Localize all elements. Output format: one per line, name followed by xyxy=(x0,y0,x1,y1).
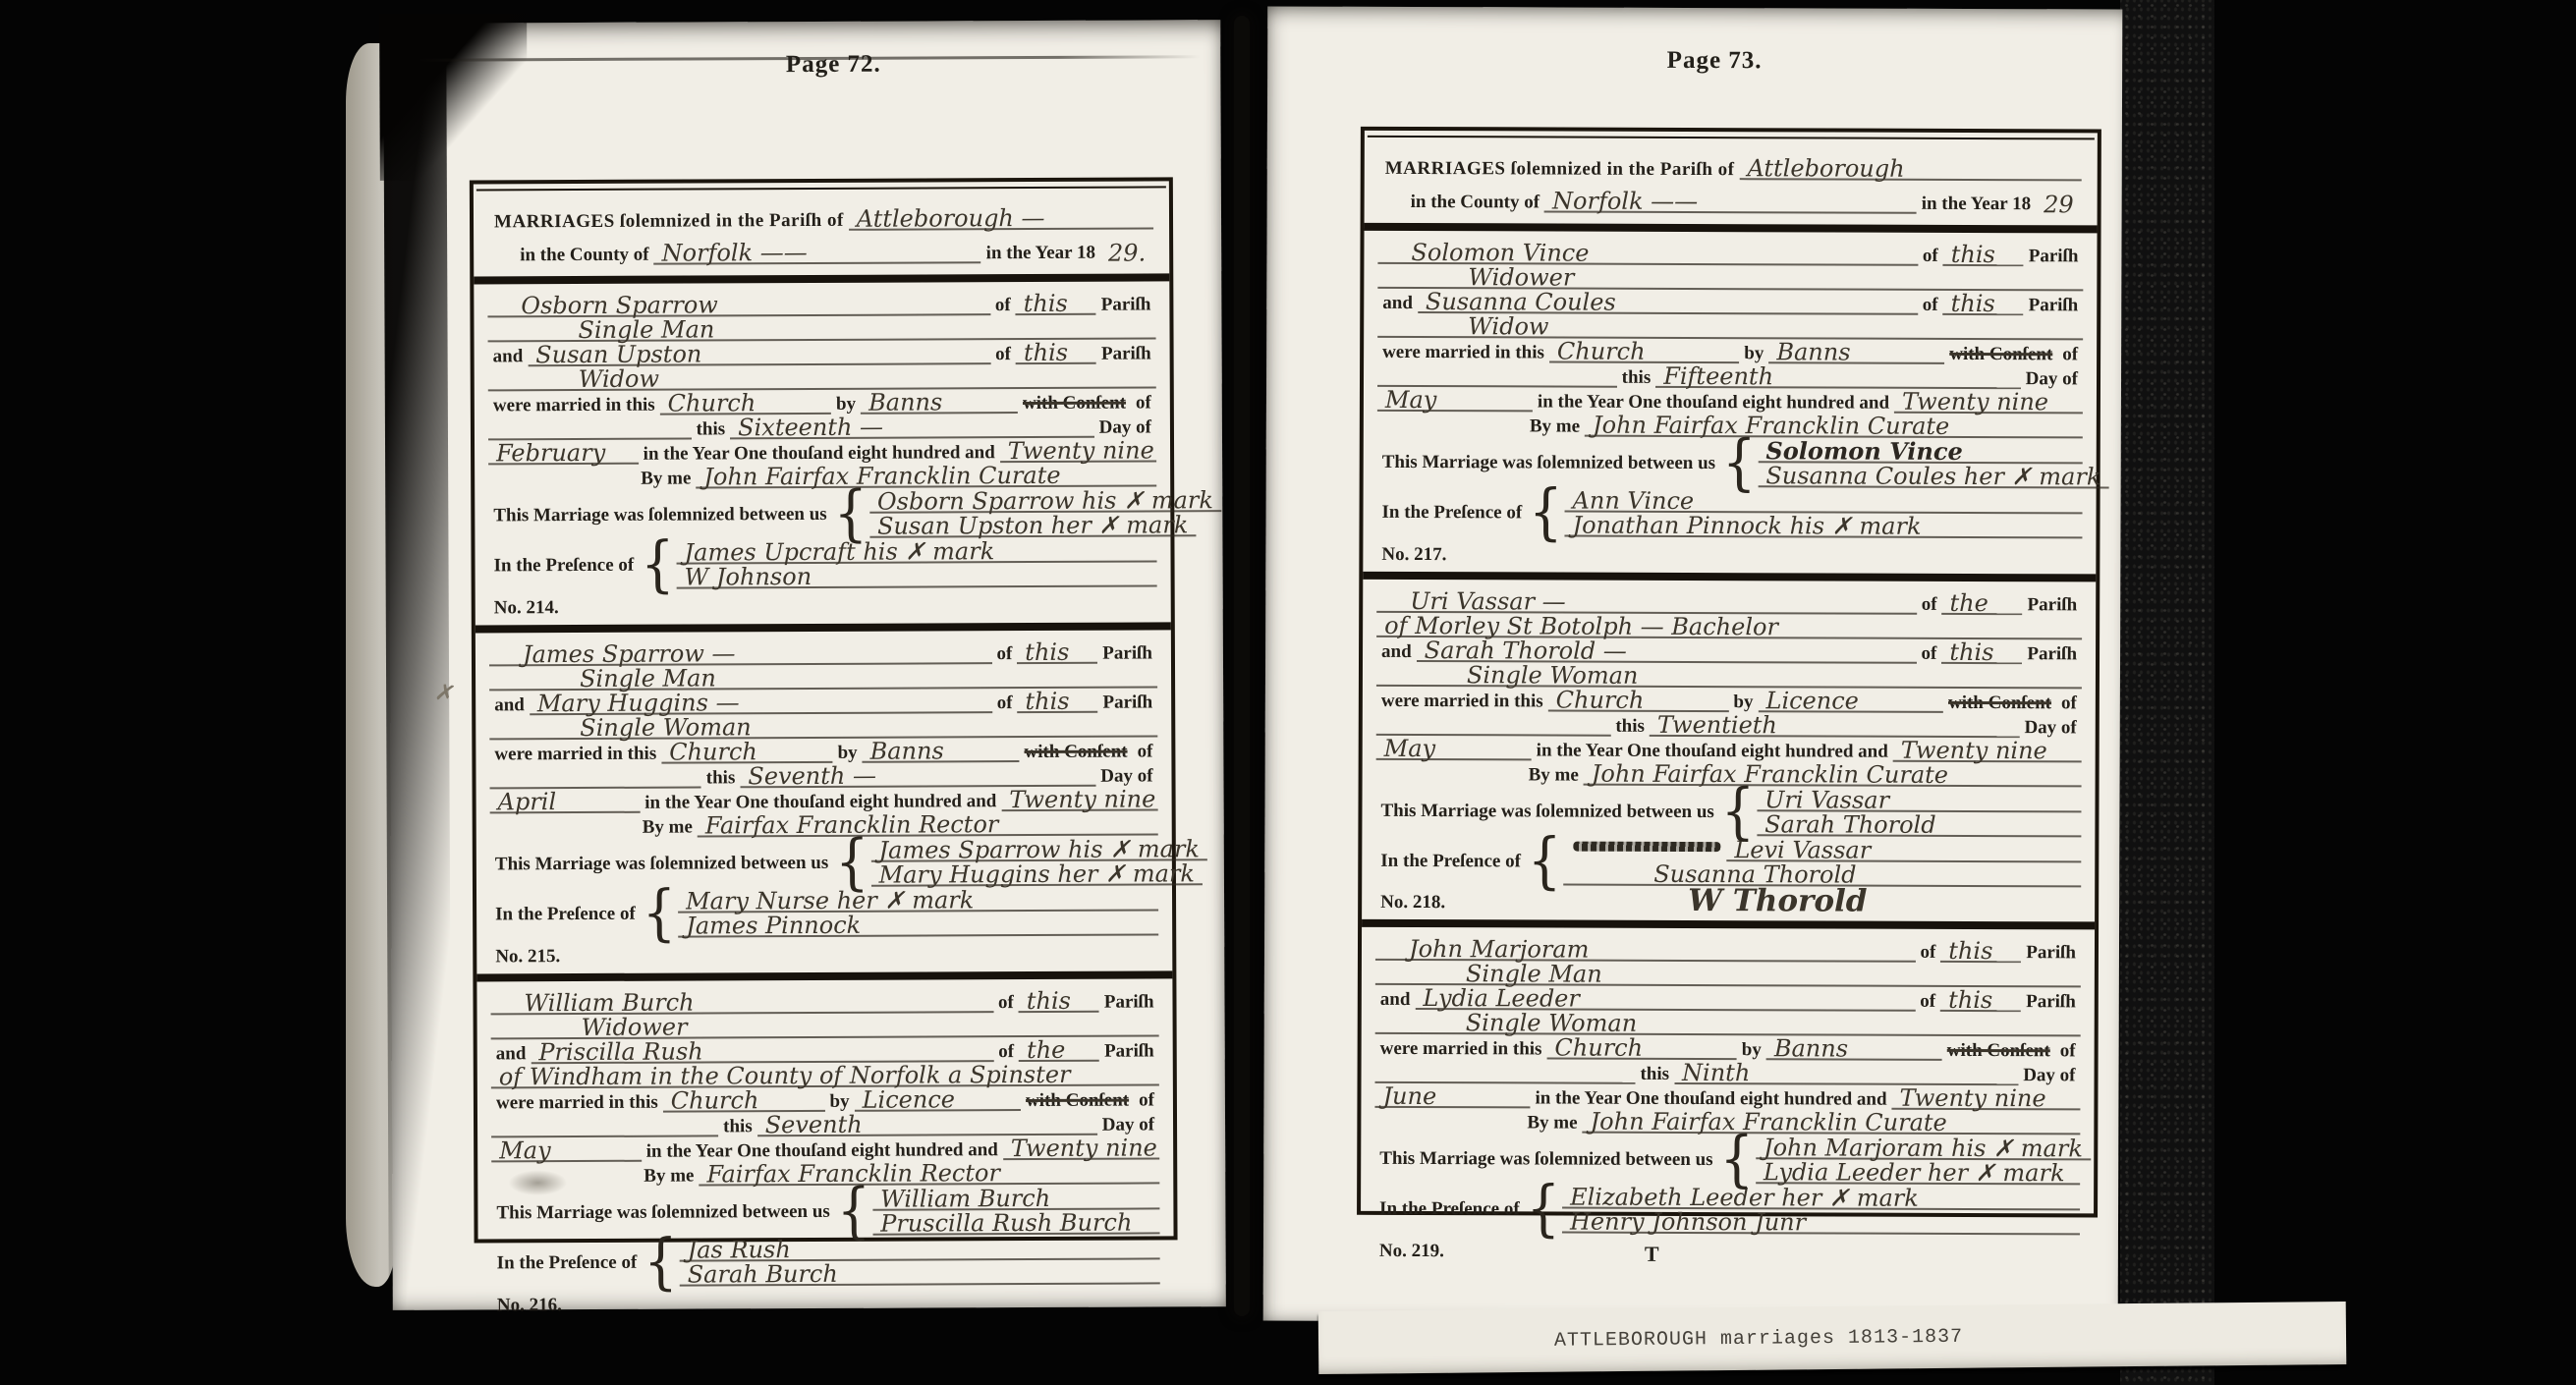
printed-and: and xyxy=(1377,293,1418,313)
bride-parish-of: this xyxy=(1940,990,2021,1012)
officiant-signature: John Fairfax Francklin Curate xyxy=(1584,764,2082,788)
printed-and: and xyxy=(1375,989,1416,1010)
printed-year-words: in the Year One thouſand eight hundred a… xyxy=(642,1139,1003,1162)
printed-presence: In the Preſence of xyxy=(492,1251,643,1273)
county-value: Norfolk —— xyxy=(654,242,981,264)
groom-name: Solomon Vince xyxy=(1377,243,1918,266)
groom-name: John Marjoram xyxy=(1375,939,1916,963)
bride-condition: Single Woman xyxy=(489,715,1157,740)
witness-1: Elizabeth Leeder her ✗ mark xyxy=(1562,1188,2080,1211)
parish-value: Attleborough — xyxy=(849,207,1153,230)
rule xyxy=(1362,919,2095,930)
witness-3: W Thorold xyxy=(1680,891,1875,912)
bride-signature: Mary Huggins her ✗ mark xyxy=(871,863,1203,886)
printed-consent-struck: with Conſent xyxy=(1943,692,2056,713)
printed-of: of xyxy=(1915,942,1940,963)
witness-signatures: Elizabeth Leeder her ✗ markHenry Johnson… xyxy=(1562,1185,2080,1236)
printed-this: this xyxy=(692,418,731,439)
married-month: May xyxy=(491,1140,642,1163)
printed-of: of xyxy=(1915,991,1940,1012)
bride-condition: Widow xyxy=(488,366,1156,391)
bride-parish-of: this xyxy=(1017,692,1097,713)
bride-condition: Widow xyxy=(1377,316,2083,341)
brace-glyph: { xyxy=(641,888,679,938)
married-place: Church xyxy=(660,393,831,415)
married-day: Seventh — xyxy=(740,765,1095,789)
printed-of: of xyxy=(1917,594,1942,615)
witness-2: Sarah Burch xyxy=(680,1262,1160,1286)
bride-name: Mary Huggins — xyxy=(530,692,992,715)
printed-presence: In the Preſence of xyxy=(490,903,641,924)
brace-glyph: { xyxy=(833,837,871,887)
printed-parish: Pariſh xyxy=(2024,295,2084,315)
groom-name: James Sparrow — xyxy=(489,642,992,666)
groom-signature: Uri Vassar xyxy=(1757,790,2081,812)
printed-solemnized: This Marriage was ſolemnized between us xyxy=(1374,1147,1717,1169)
marriage-entry-218: Uri Vassar —ofthePariſh of Morley St Bot… xyxy=(1362,582,2096,919)
married-day: Sixteenth — xyxy=(730,416,1094,440)
printed-solemnized: This Marriage was ſolemnized between us xyxy=(491,1200,834,1223)
printed-this: this xyxy=(1635,1064,1674,1084)
married-month: May xyxy=(1376,739,1532,761)
printed-married: were married in this xyxy=(489,744,661,765)
married-year-words: Twenty nine xyxy=(1893,741,2082,763)
witness-2: Jonathan Pinnock his ✗ mark xyxy=(1564,516,2082,539)
printed-day-of: Day of xyxy=(1097,1114,1159,1135)
married-place: Church xyxy=(663,1090,825,1113)
printed-by: by xyxy=(1737,1039,1766,1060)
printed-solemnized: This Marriage was ſolemnized between us xyxy=(1377,451,1720,472)
married-year-words: Twenty nine xyxy=(1000,440,1156,463)
printed-parish: Pariſh xyxy=(2023,594,2083,615)
printed-by-me: By me xyxy=(1522,1112,1582,1133)
printed-of: of xyxy=(1918,295,1943,315)
married-method: Banns xyxy=(863,741,1020,763)
book-fore-edge xyxy=(2120,0,2214,1385)
printed-year-label: in the Year 18 xyxy=(981,243,1100,264)
printed-marriages-label: MARRIAGES ſolemnized in the Pariſh of xyxy=(489,210,849,233)
witness-signatures: Mary Nurse her ✗ markJames Pinnock xyxy=(678,886,1158,937)
printed-parish: Pariſh xyxy=(2024,246,2084,266)
printed-year-words: in the Year One thouſand eight hundred a… xyxy=(639,442,1000,465)
married-method: Banns xyxy=(1766,1038,1942,1061)
rule xyxy=(1363,572,2096,582)
printed-and: and xyxy=(488,346,529,366)
printed-parish: Pariſh xyxy=(1097,692,1157,712)
couple-signatures: Uri VassarSarah Thorold xyxy=(1757,787,2081,837)
married-day: Ninth xyxy=(1674,1063,2018,1085)
brace-glyph: { xyxy=(832,488,870,538)
brace-glyph: { xyxy=(639,539,677,589)
married-year-words: Twenty nine xyxy=(1894,392,2083,415)
printed-year-words: in the Year One thouſand eight hundred a… xyxy=(640,791,1001,813)
printed-solemnized: This Marriage was ſolemnized between us xyxy=(488,503,831,526)
printed-by: by xyxy=(833,743,863,763)
married-place: Church xyxy=(661,742,832,764)
witness-signatures: Jas RushSarah Burch xyxy=(680,1235,1160,1286)
married-method: Banns xyxy=(1768,342,1944,364)
married-year-words: Twenty nine xyxy=(1001,789,1157,811)
marriage-entry-219: John MarjoramofthisPariſh Single Man and… xyxy=(1361,930,2095,1268)
printed-solemnized: This Marriage was ſolemnized between us xyxy=(1375,800,1718,821)
printed-married: were married in this xyxy=(1377,342,1549,363)
brace-glyph: { xyxy=(1720,438,1759,488)
printed-year-label: in the Year 18 xyxy=(1917,194,2036,214)
printed-day-of: Day of xyxy=(2018,1065,2080,1085)
bride-name: Lydia Leeder xyxy=(1415,988,1915,1012)
entry-number: No. 219. xyxy=(1374,1241,1449,1261)
printed-of: of xyxy=(1917,643,1942,664)
printed-of: of xyxy=(1133,741,1158,761)
printed-year-words: in the Year One thouſand eight hundred a… xyxy=(1530,1087,1891,1109)
printed-of: of xyxy=(2057,344,2083,364)
printed-year-words: in the Year One thouſand eight hundred a… xyxy=(1533,391,1894,413)
register-page-73: Page 73. T MARRIAGES ſolemnized in the P… xyxy=(1263,6,2123,1323)
groom-signature: Osborn Sparrow his ✗ mark xyxy=(869,490,1221,514)
rule xyxy=(1365,223,2098,234)
year-value: 29. xyxy=(1100,243,1153,262)
marriage-entry-214: Osborn SparrowofthisPariſh Single Man an… xyxy=(474,284,1170,622)
printed-county-label: in the County of xyxy=(515,245,654,266)
brace-glyph: { xyxy=(642,1237,680,1287)
brace-glyph: { xyxy=(1719,787,1758,837)
printed-consent-struck: with Conſent xyxy=(1021,1090,1134,1112)
printed-parish: Pariſh xyxy=(2022,643,2082,664)
officiant-signature: John Fairfax Francklin Curate xyxy=(1585,415,2083,439)
printed-this: this xyxy=(1610,716,1650,737)
groom-signature: John Marjoram his ✗ mark xyxy=(1756,1137,2091,1160)
married-place: Church xyxy=(1549,341,1739,363)
married-method: Licence xyxy=(855,1089,1022,1112)
officiant-signature: John Fairfax Francklin Curate xyxy=(1583,1112,2081,1136)
printed-consent-struck: with Conſent xyxy=(1944,344,2057,364)
entry-number: No. 218. xyxy=(1375,892,1450,913)
printed-of: of xyxy=(1134,1089,1159,1110)
married-month: February xyxy=(488,443,639,466)
printed-register-form: MARRIAGES ſolemnized in the Pariſh of At… xyxy=(470,177,1178,1243)
officiant-signature: John Fairfax Francklin Curate xyxy=(696,465,1156,488)
witness-1: James Upcraft his ✗ mark xyxy=(676,540,1156,564)
bride-name: Sarah Thorold — xyxy=(1417,640,1917,664)
printed-parish: Pariſh xyxy=(1096,343,1156,363)
archive-label-strip: ATTLEBOROUGH marriages 1813-1837 xyxy=(1318,1302,2347,1374)
printed-by-me: By me xyxy=(638,816,698,837)
printed-presence: In the Preſence of xyxy=(1375,850,1526,871)
printed-of: of xyxy=(2055,1040,2081,1061)
printed-and: and xyxy=(489,694,530,715)
groom-parish-of: the xyxy=(1942,593,2023,615)
printed-year-words: in the Year One thouſand eight hundred a… xyxy=(1532,740,1893,761)
witness-1: Levi Vassar xyxy=(1726,840,2081,862)
bride-signature: Susan Upston her ✗ mark xyxy=(869,515,1196,537)
couple-signatures: Osborn Sparrow his ✗ markSusan Upston he… xyxy=(869,487,1157,537)
county-value: Norfolk —— xyxy=(1544,191,1917,213)
bride-name: Susanna Coules xyxy=(1418,292,1918,315)
bride-signature: Lydia Leeder her ✗ mark xyxy=(1756,1162,2080,1185)
marriage-entry-215: James Sparrow —ofthisPariſh Single Man a… xyxy=(476,633,1172,970)
groom-signature: William Burch xyxy=(872,1188,1159,1210)
bride-signature: Susanna Coules her ✗ mark xyxy=(1758,466,2108,488)
bride-parish-of: this xyxy=(1943,294,2024,315)
printed-married: were married in this xyxy=(488,395,660,416)
margin-pencil-mark: ✗ xyxy=(432,678,458,710)
printed-day-of: Day of xyxy=(1094,416,1156,437)
officiant-signature: Fairfax Francklin Rector xyxy=(699,1162,1159,1186)
married-year-words: Twenty nine xyxy=(1003,1137,1159,1160)
printed-presence: In the Preſence of xyxy=(489,554,640,576)
torn-corner xyxy=(379,13,528,181)
bride-parish-of: this xyxy=(1941,642,2022,664)
groom-parish-of: this xyxy=(1016,294,1096,315)
printed-by-me: By me xyxy=(1524,764,1584,785)
entry-number: No. 216. xyxy=(492,1295,567,1315)
printed-married: were married in this xyxy=(1376,691,1548,712)
bride-signature: Sarah Thorold xyxy=(1757,814,2081,837)
brace-glyph: { xyxy=(835,1186,873,1236)
year-value: 29 xyxy=(2036,194,2082,214)
married-month: June xyxy=(1374,1086,1530,1109)
married-month: April xyxy=(490,792,641,814)
brace-glyph: { xyxy=(1717,1135,1756,1185)
printed-marriages-label: MARRIAGES ſolemnized in the Pariſh of xyxy=(1380,158,1740,180)
register-page-72: Page 72. ✗ MARRIAGES ſolemnized in the P… xyxy=(387,20,1226,1310)
married-day: Twentieth xyxy=(1650,715,2020,738)
printed-parish: Pariſh xyxy=(1096,294,1156,314)
witness-2: James Pinnock xyxy=(678,914,1158,937)
groom-signature: Solomon Vince xyxy=(1758,441,2082,464)
witness-1: Ann Vince xyxy=(1565,491,2083,515)
printed-consent-struck: with Conſent xyxy=(1018,393,1131,415)
officiant-signature: Fairfax Francklin Rector xyxy=(698,813,1158,837)
married-method: Licence xyxy=(1758,691,1943,713)
printed-by-me: By me xyxy=(639,1165,699,1186)
witness-signatures: James Upcraft his ✗ markW Johnson xyxy=(676,537,1156,588)
printed-by: by xyxy=(1739,343,1768,363)
printed-presence: In the Preſence of xyxy=(1377,501,1528,523)
printed-this: this xyxy=(718,1116,757,1136)
printed-consent-struck: with Conſent xyxy=(1942,1040,2055,1061)
printed-by-me: By me xyxy=(1525,415,1585,436)
page-number-label: Page 73. xyxy=(1267,45,2122,76)
bride-parish-of: the xyxy=(1019,1040,1099,1062)
groom-parish-of: this xyxy=(1943,245,2024,266)
scribbled-out-name xyxy=(1573,841,1720,852)
bride-signature: Pruscilla Rush Burch xyxy=(872,1212,1159,1235)
printed-day-of: Day of xyxy=(2019,717,2081,738)
printed-married: were married in this xyxy=(1375,1038,1547,1060)
married-day: Seventh xyxy=(757,1114,1097,1137)
couple-signatures: William BurchPruscilla Rush Burch xyxy=(872,1185,1160,1235)
married-day: Fifteenth xyxy=(1655,366,2021,389)
groom-signature: James Sparrow his ✗ mark xyxy=(870,839,1207,861)
entry-number: No. 214. xyxy=(489,597,564,618)
printed-parish: Pariſh xyxy=(1099,1040,1159,1061)
bride-parish-of: this xyxy=(1016,343,1096,364)
printed-by: by xyxy=(831,394,861,415)
printed-parish: Pariſh xyxy=(1097,642,1157,663)
printed-of: of xyxy=(993,992,1019,1013)
couple-signatures: James Sparrow his ✗ markMary Huggins her… xyxy=(870,836,1158,886)
printed-day-of: Day of xyxy=(2021,368,2083,389)
groom-name: William Burch xyxy=(490,991,993,1015)
groom-parish-of: this xyxy=(1019,991,1099,1013)
brace-glyph: { xyxy=(1526,836,1564,886)
entry-number: No. 215. xyxy=(490,946,565,967)
witness-1: Mary Nurse her ✗ mark xyxy=(678,889,1158,913)
couple-signatures: Solomon VinceSusanna Coules her ✗ mark xyxy=(1758,438,2082,488)
printed-by: by xyxy=(824,1091,854,1112)
printed-of: of xyxy=(2056,692,2082,713)
married-place: Church xyxy=(1548,690,1729,712)
printed-solemnized: This Marriage was ſolemnized between us xyxy=(490,852,833,874)
entry-number: No. 217. xyxy=(1376,544,1451,565)
printed-of: of xyxy=(992,692,1018,713)
book-binding-shadow xyxy=(1234,16,1250,1316)
married-month: May xyxy=(1377,390,1533,413)
groom-parish-of: this xyxy=(1940,941,2021,963)
witness-2: Henry Johnson Junr xyxy=(1562,1212,2080,1236)
printed-of: of xyxy=(993,1041,1019,1062)
printed-married: were married in this xyxy=(491,1092,663,1114)
printed-parish: Pariſh xyxy=(2021,991,2081,1012)
brace-glyph: { xyxy=(1527,487,1565,537)
groom-parish-of: this xyxy=(1017,642,1097,664)
printed-of: of xyxy=(991,643,1017,664)
printed-parish: Pariſh xyxy=(2021,942,2081,963)
bride-condition: Single Woman xyxy=(1375,1013,2081,1037)
printed-of: of xyxy=(990,295,1016,315)
scanned-register-spread: { "document": { "kind": "Parish marriage… xyxy=(0,0,2576,1385)
married-place: Church xyxy=(1546,1037,1736,1060)
printed-and: and xyxy=(1376,641,1417,662)
printed-this: this xyxy=(1617,367,1656,388)
page-number-label: Page 72. xyxy=(387,49,1220,81)
witness-2: W Johnson xyxy=(677,565,1157,588)
printed-of: of xyxy=(1131,392,1156,413)
marriage-entry-217: Solomon VinceofthisPariſh Widower andSus… xyxy=(1363,234,2097,572)
printed-by: by xyxy=(1728,692,1758,712)
groom-name: Osborn Sparrow xyxy=(487,294,990,317)
printed-parish: Pariſh xyxy=(1099,991,1159,1012)
bride-condition: Single Woman xyxy=(1376,665,2082,690)
brace-glyph: { xyxy=(1525,1184,1563,1234)
marriage-entry-216: William BurchofthisPariſh Widower andPri… xyxy=(476,981,1173,1319)
married-year-words: Twenty nine xyxy=(1892,1088,2081,1111)
printed-and: and xyxy=(491,1043,532,1064)
printed-this: this xyxy=(701,767,741,788)
printed-presence: In the Preſence of xyxy=(1374,1197,1525,1219)
couple-signatures: John Marjoram his ✗ markLydia Leeder her… xyxy=(1756,1135,2080,1185)
printed-consent-struck: with Conſent xyxy=(1019,742,1132,763)
witness-signatures: Levi VassarSusanna Thorold xyxy=(1563,837,2081,888)
printed-day-of: Day of xyxy=(1095,765,1157,786)
parish-value: Attleborough xyxy=(1739,158,2081,181)
bride-condition: of Windham in the County of Norfolk a Sp… xyxy=(491,1064,1159,1088)
printed-of: of xyxy=(990,344,1016,364)
form-header: MARRIAGES ſolemnized in the Pariſh of At… xyxy=(1365,138,2098,223)
printed-county-label: in the County of xyxy=(1406,192,1545,212)
printed-of: of xyxy=(1918,246,1943,266)
archive-caption: ATTLEBOROUGH marriages 1813-1837 xyxy=(1554,1325,1963,1352)
rule xyxy=(476,970,1172,981)
bride-name: Susan Upston xyxy=(528,343,990,366)
witness-1: Jas Rush xyxy=(680,1238,1160,1261)
witness-signatures: Ann VinceJonathan Pinnock his ✗ mark xyxy=(1564,488,2082,539)
rule xyxy=(474,273,1169,284)
rule xyxy=(476,622,1171,633)
printed-register-form: MARRIAGES ſolemnized in the Pariſh of At… xyxy=(1357,127,2101,1218)
printed-by-me: By me xyxy=(636,468,696,488)
married-method: Banns xyxy=(861,392,1018,415)
form-header: MARRIAGES ſolemnized in the Pariſh of At… xyxy=(474,188,1169,273)
